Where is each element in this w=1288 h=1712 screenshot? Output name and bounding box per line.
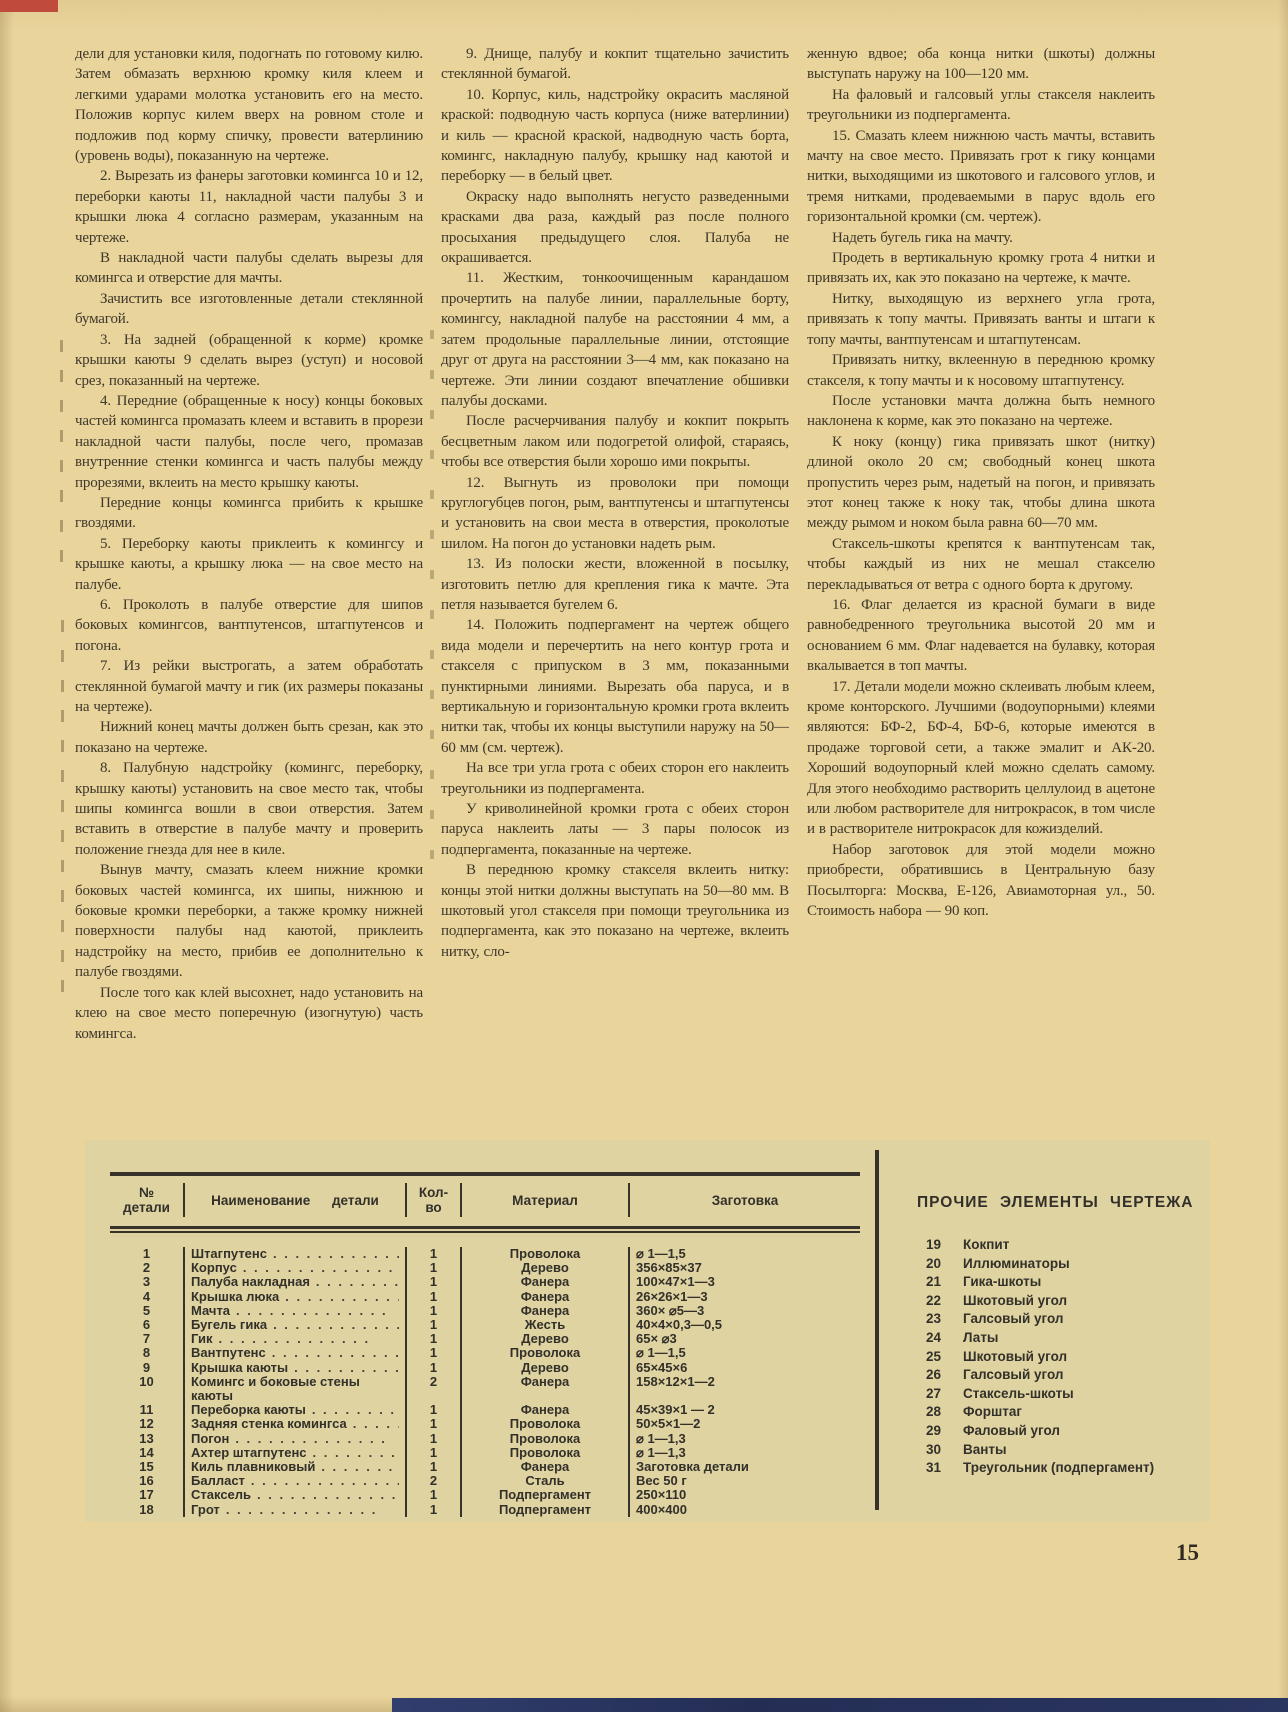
cell-quantity: 1 [405,1503,460,1517]
paragraph: 4. Передние (обращенные к носу) концы бо… [75,391,423,493]
part-name-text: Переборка каюты [191,1403,306,1417]
cell-blank-size: 158×12×1—2 [628,1375,860,1403]
item-label: Иллюминаторы [963,1255,1193,1274]
item-number: 25 [917,1348,941,1367]
item-label: Ванты [963,1441,1193,1460]
list-item: 23 Галсовый угол [917,1310,1207,1329]
paragraph: 9. Днище, палубу и кокпит тщательно зачи… [441,44,789,85]
cell-part-number: 2 [110,1261,183,1275]
dot-leader [285,1290,399,1304]
item-number: 28 [917,1403,941,1422]
paragraph: Нижний конец мачты должен быть срезан, к… [75,717,423,758]
dot-leader [273,1318,399,1332]
list-item: 19 Кокпит [917,1236,1207,1255]
list-item: 24 Латы [917,1329,1207,1348]
cell-part-number: 17 [110,1488,183,1502]
article-body: дели для установки киля, подогнать по го… [75,44,1157,1164]
cell-part-number: 4 [110,1290,183,1304]
item-number: 30 [917,1441,941,1460]
cell-material: Дерево [460,1361,628,1375]
cell-part-name: Бугель гика [183,1318,405,1332]
cell-part-name: Гик [183,1332,405,1346]
cell-material: Жесть [460,1318,628,1332]
dot-leader [294,1361,399,1375]
cell-part-number: 12 [110,1417,183,1431]
parts-table: № детали Наименование детали Кол-во Мате… [110,1172,860,1517]
column-header-number: № детали [110,1183,183,1217]
cell-part-name: Стаксель [183,1488,405,1502]
column-header-blank: Заготовка [628,1183,860,1217]
cell-blank-size: Вес 50 г [628,1474,860,1488]
paragraph: На фаловый и галсовый углы стакселя накл… [807,85,1155,126]
dot-leader [219,1332,399,1346]
list-item: 20 Иллюминаторы [917,1255,1207,1274]
part-name-text: Стаксель [191,1488,251,1502]
cell-blank-size: 356×85×37 [628,1261,860,1275]
list-item: 26 Галсовый угол [917,1366,1207,1385]
paragraph: В переднюю кромку стакселя вклеить нитку… [441,860,789,962]
item-number: 20 [917,1255,941,1274]
dot-leader [243,1261,399,1275]
item-number: 19 [917,1236,941,1255]
part-name-text: Бугель гика [191,1318,267,1332]
table-row: 6 Бугель гика 1 Жесть 40×4×0,3—0,5 [110,1318,860,1332]
dot-leader [321,1460,399,1474]
paragraph: 17. Детали модели можно склеивать любым … [807,677,1155,840]
cell-material: Проволока [460,1247,628,1261]
paragraph: Надеть бугель гика на мачту. [807,228,1155,248]
cell-part-name: Погон [183,1432,405,1446]
cell-material: Сталь [460,1474,628,1488]
parts-table-body: 1 Штагпутенс 1 Проволока ⌀ 1—1,5 2 Корпу… [110,1242,860,1517]
cell-material: Фанера [460,1275,628,1289]
item-number: 31 [917,1459,941,1478]
item-number: 23 [917,1310,941,1329]
cell-blank-size: ⌀ 1—1,3 [628,1446,860,1460]
cell-part-number: 9 [110,1361,183,1375]
list-item: 28 Форштаг [917,1403,1207,1422]
paragraph: После того как клей высохнет, надо устан… [75,983,423,1044]
cell-part-number: 1 [110,1247,183,1261]
item-label: Кокпит [963,1236,1193,1255]
cell-part-number: 14 [110,1446,183,1460]
paragraph: 6. Проколоть в палубе отверстие для шипо… [75,595,423,656]
paragraph: К ноку (концу) гика привязать шкот (нитк… [807,432,1155,534]
list-item: 27 Стаксель-шкоты [917,1385,1207,1404]
cell-quantity: 1 [405,1460,460,1474]
cell-part-name: Балласт [183,1474,405,1488]
cell-part-number: 5 [110,1304,183,1318]
cell-quantity: 1 [405,1332,460,1346]
item-label: Латы [963,1329,1193,1348]
item-number: 29 [917,1422,941,1441]
paragraph: 5. Переборку каюты приклеить к комингсу … [75,534,423,595]
part-name-text: Задняя стенка комингса [191,1417,347,1431]
part-name-text: Крышка каюты [191,1361,288,1375]
cell-material: Подпергамент [460,1488,628,1502]
cell-part-number: 10 [110,1375,183,1403]
paragraph: 2. Вырезать из фанеры заготовки комингса… [75,166,423,248]
dot-leader [313,1446,399,1460]
cell-part-number: 6 [110,1318,183,1332]
list-item: 25 Шкотовый угол [917,1348,1207,1367]
paragraph: Продеть в вертикальную кромку грота 4 ни… [807,248,1155,289]
cell-part-number: 13 [110,1432,183,1446]
paragraph: Нитку, выходящую из верхнего угла грота,… [807,289,1155,350]
table-row: 12 Задняя стенка комингса 1 Проволока 50… [110,1417,860,1431]
cell-part-number: 8 [110,1346,183,1360]
scan-artifact [61,620,64,1010]
parts-table-header: № детали Наименование детали Кол-во Мате… [110,1172,860,1229]
paragraph: 16. Флаг делается из красной бумаги в ви… [807,595,1155,677]
item-number: 22 [917,1292,941,1311]
paragraph: дели для установки киля, подогнать по го… [75,44,423,166]
paragraph: 13. Из полоски жести, вложенной в посылк… [441,554,789,615]
scan-bottom-bar [392,1698,1288,1712]
cell-blank-size: ⌀ 1—1,3 [628,1432,860,1446]
paragraph: В накладной части палубы сделать вырезы … [75,248,423,289]
part-name-text: Балласт [191,1474,245,1488]
cell-material: Проволока [460,1432,628,1446]
list-item: 29 Фаловый угол [917,1422,1207,1441]
cell-blank-size: ⌀ 1—1,5 [628,1247,860,1261]
table-row: 13 Погон 1 Проволока ⌀ 1—1,3 [110,1432,860,1446]
part-name-text: Погон [191,1432,229,1446]
paragraph: Передние концы комингса прибить к крышке… [75,493,423,534]
cell-part-number: 15 [110,1460,183,1474]
item-label: Треугольник (подпергамент) [963,1459,1193,1478]
cell-blank-size: 40×4×0,3—0,5 [628,1318,860,1332]
table-row: 17 Стаксель 1 Подпергамент 250×110 [110,1488,860,1502]
paragraph: 3. На задней (обращенной к корме) кромке… [75,330,423,391]
item-number: 27 [917,1385,941,1404]
cell-part-number: 18 [110,1503,183,1517]
cell-quantity: 1 [405,1261,460,1275]
paragraph: Привязать нитку, вклеенную в переднюю кр… [807,350,1155,391]
dot-leader [353,1417,399,1431]
table-row: 1 Штагпутенс 1 Проволока ⌀ 1—1,5 [110,1247,860,1261]
cell-blank-size: 250×110 [628,1488,860,1502]
cell-material: Фанера [460,1375,628,1403]
paragraph: 12. Выгнуть из проволоки при помощи круг… [441,473,789,555]
cell-part-number: 3 [110,1275,183,1289]
cell-material: Фанера [460,1460,628,1474]
paragraph: 7. Из рейки выстрогать, а затем обработа… [75,656,423,717]
cell-part-name: Грот [183,1503,405,1517]
item-number: 26 [917,1366,941,1385]
table-row: 5 Мачта 1 Фанера 360× ⌀5—3 [110,1304,860,1318]
cell-quantity: 2 [405,1375,460,1403]
item-label: Шкотовый угол [963,1292,1193,1311]
text-column-1: дели для установки киля, подогнать по го… [75,44,423,1164]
paragraph: женную вдвое; оба конца нитки (шкоты) до… [807,44,1155,85]
column-header-name: Наименование детали [183,1183,405,1217]
part-name-text: Вантпутенс [191,1346,266,1360]
cell-blank-size: 65×45×6 [628,1361,860,1375]
item-label: Гика-шкоты [963,1273,1193,1292]
cell-material: Проволока [460,1417,628,1431]
scan-red-mark [0,0,58,12]
table-row: 7 Гик 1 Дерево 65× ⌀3 [110,1332,860,1346]
cell-blank-size: 45×39×1 — 2 [628,1403,860,1417]
item-number: 21 [917,1273,941,1292]
cell-blank-size: 26×26×1—3 [628,1290,860,1304]
table-row: 18 Грот 1 Подпергамент 400×400 [110,1503,860,1517]
cell-quantity: 1 [405,1417,460,1431]
part-name-text: Киль плавниковый [191,1460,315,1474]
table-row: 10 Комингс и боковые стены каюты 2 Фанер… [110,1375,860,1403]
cell-blank-size: 100×47×1—3 [628,1275,860,1289]
part-name-text: Штагпутенс [191,1247,267,1261]
dot-leader [251,1474,399,1488]
paragraph: 11. Жестким, тонкоочищенным карандашом п… [441,268,789,411]
magazine-page: дели для установки киля, подогнать по го… [0,0,1288,1712]
scan-artifact [60,340,63,570]
cell-part-name: Крышка каюты [183,1361,405,1375]
table-row: 14 Ахтер штагпутенс 1 Проволока ⌀ 1—1,3 [110,1446,860,1460]
dot-leader [236,1304,399,1318]
cell-quantity: 1 [405,1346,460,1360]
item-label: Галсовый угол [963,1310,1193,1329]
paragraph: 15. Смазать клеем нижнюю часть мачты, вс… [807,126,1155,228]
cell-blank-size: 360× ⌀5—3 [628,1304,860,1318]
cell-quantity: 1 [405,1247,460,1261]
paragraph: Окраску надо выполнять негусто разведенн… [441,187,789,269]
paragraph: После установки мачта должна быть немног… [807,391,1155,432]
part-name-text: Мачта [191,1304,230,1318]
cell-quantity: 2 [405,1474,460,1488]
part-name-text: Комингс и боковые стены каюты [191,1375,393,1403]
cell-part-number: 11 [110,1403,183,1417]
paragraph: 10. Корпус, киль, надстройку окрасить ма… [441,85,789,187]
dot-leader [316,1275,399,1289]
cell-blank-size: 65× ⌀3 [628,1332,860,1346]
list-item: 22 Шкотовый угол [917,1292,1207,1311]
dot-leader [312,1403,399,1417]
item-label: Стаксель-шкоты [963,1385,1193,1404]
paragraph: 8. Палубную надстройку (комингс, перебор… [75,758,423,860]
cell-material: Проволока [460,1446,628,1460]
table-row: 11 Переборка каюты 1 Фанера 45×39×1 — 2 [110,1403,860,1417]
paragraph: Зачистить все изготовленные детали стекл… [75,289,423,330]
cell-part-name: Комингс и боковые стены каюты [183,1375,405,1403]
dot-leader [257,1488,399,1502]
list-item: 31 Треугольник (подпергамент) [917,1459,1207,1478]
other-elements-title: ПРОЧИЕ ЭЛЕМЕНТЫ ЧЕРТЕЖА [917,1194,1207,1212]
paragraph: Стаксель-шкоты крепятся к вантпутенсам т… [807,534,1155,595]
text-column-2: 9. Днище, палубу и кокпит тщательно зачи… [441,44,789,1164]
part-name-text: Гик [191,1332,213,1346]
item-label: Форштаг [963,1403,1193,1422]
paragraph: Вынув мачту, смазать клеем нижние кромки… [75,860,423,982]
part-name-text: Ахтер штагпутенс [191,1446,307,1460]
cell-part-name: Вантпутенс [183,1346,405,1360]
part-name-text: Крышка люка [191,1290,279,1304]
paragraph: Набор заготовок для этой модели можно пр… [807,840,1155,922]
item-label: Фаловый угол [963,1422,1193,1441]
table-row: 15 Киль плавниковый 1 Фанера Заготовка д… [110,1460,860,1474]
cell-part-name: Корпус [183,1261,405,1275]
cell-quantity: 1 [405,1275,460,1289]
paragraph: У криволинейной кромки грота с обеих сто… [441,799,789,860]
item-label: Галсовый угол [963,1366,1193,1385]
table-row: 8 Вантпутенс 1 Проволока ⌀ 1—1,5 [110,1346,860,1360]
cell-part-name: Мачта [183,1304,405,1318]
column-header-qty: Кол-во [405,1183,460,1217]
cell-part-number: 7 [110,1332,183,1346]
cell-quantity: 1 [405,1318,460,1332]
dot-leader [235,1432,399,1446]
list-item: 21 Гика-шкоты [917,1273,1207,1292]
item-label: Шкотовый угол [963,1348,1193,1367]
cell-quantity: 1 [405,1432,460,1446]
cell-part-name: Штагпутенс [183,1247,405,1261]
item-number: 24 [917,1329,941,1348]
cell-part-name: Ахтер штагпутенс [183,1446,405,1460]
cell-blank-size: 400×400 [628,1503,860,1517]
paragraph: На все три угла грота с обеих сторон его… [441,758,789,799]
list-item: 30 Ванты [917,1441,1207,1460]
cell-material: Фанера [460,1304,628,1318]
paragraph: 14. Положить подпергамент на чертеж обще… [441,615,789,758]
cell-material: Дерево [460,1332,628,1346]
cell-material: Фанера [460,1403,628,1417]
other-elements-list: 19 Кокпит 20 Иллюминаторы 21 Гика-шкоты … [917,1236,1207,1478]
cell-part-name: Крышка люка [183,1290,405,1304]
cell-quantity: 1 [405,1361,460,1375]
cell-part-name: Палуба накладная [183,1275,405,1289]
cell-blank-size: ⌀ 1—1,5 [628,1346,860,1360]
paragraph: После расчерчивания палубу и кокпит покр… [441,411,789,472]
table-row: 2 Корпус 1 Дерево 356×85×37 [110,1261,860,1275]
part-name-text: Грот [191,1503,220,1517]
cell-quantity: 1 [405,1488,460,1502]
dot-leader [226,1503,399,1517]
cell-part-name: Киль плавниковый [183,1460,405,1474]
other-elements-panel: ПРОЧИЕ ЭЛЕМЕНТЫ ЧЕРТЕЖА 19 Кокпит 20 Илл… [875,1150,1207,1510]
part-name-text: Палуба накладная [191,1275,310,1289]
table-row: 4 Крышка люка 1 Фанера 26×26×1—3 [110,1290,860,1304]
page-number: 15 [1176,1540,1199,1566]
cell-material: Подпергамент [460,1503,628,1517]
table-row: 3 Палуба накладная 1 Фанера 100×47×1—3 [110,1275,860,1289]
cell-material: Проволока [460,1346,628,1360]
cell-part-number: 16 [110,1474,183,1488]
cell-blank-size: 50×5×1—2 [628,1417,860,1431]
part-name-text: Корпус [191,1261,237,1275]
table-row: 9 Крышка каюты 1 Дерево 65×45×6 [110,1361,860,1375]
text-column-3: женную вдвое; оба конца нитки (шкоты) до… [807,44,1155,1164]
column-header-material: Материал [460,1183,628,1217]
cell-quantity: 1 [405,1403,460,1417]
table-row: 16 Балласт 2 Сталь Вес 50 г [110,1474,860,1488]
cell-quantity: 1 [405,1290,460,1304]
dot-leader [272,1346,399,1360]
cell-quantity: 1 [405,1304,460,1318]
cell-blank-size: Заготовка детали [628,1460,860,1474]
dot-leader [273,1247,399,1261]
cell-material: Фанера [460,1290,628,1304]
cell-part-name: Задняя стенка комингса [183,1417,405,1431]
cell-quantity: 1 [405,1446,460,1460]
cell-material: Дерево [460,1261,628,1275]
cell-part-name: Переборка каюты [183,1403,405,1417]
